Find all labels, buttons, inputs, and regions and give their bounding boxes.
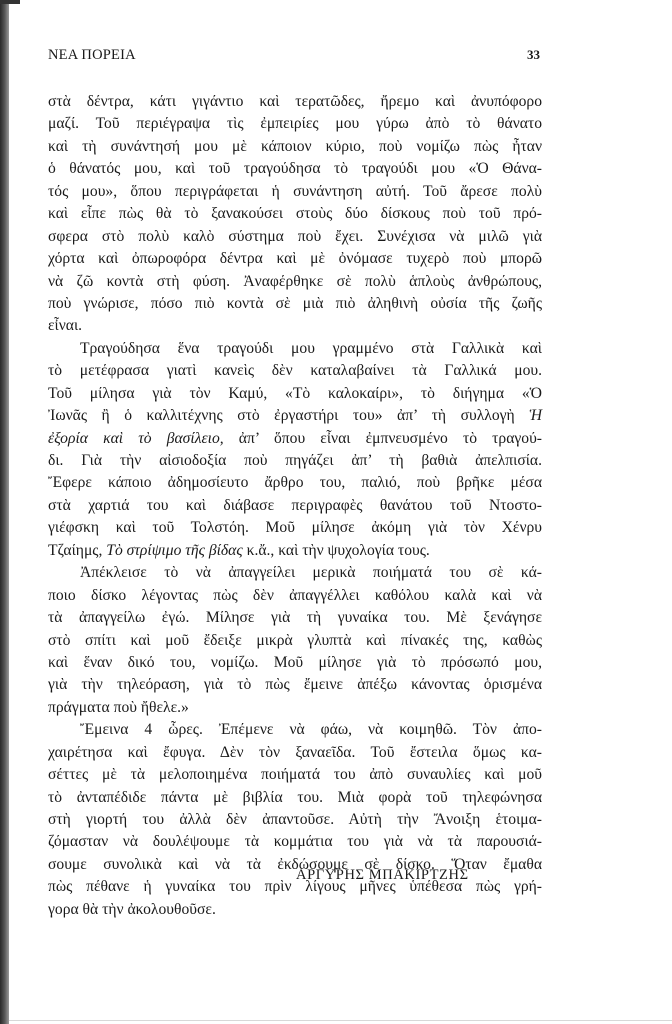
article-body: στὰ δέντρα, κάτι γιγάντιο καὶ τερατῶδες,… <box>48 91 542 921</box>
line-suffix: κ.ἄ., καὶ τὴν ψυχολογία τους. <box>243 542 430 559</box>
page-bottom-edge <box>9 1020 672 1021</box>
page-corner-edge <box>0 0 20 4</box>
text-line: γιέφσκη καὶ τοῦ Τολστόη. Μοῦ μίλησε ἀκόμ… <box>48 517 542 539</box>
text-line: τὸ μετέφρασα γιατὶ κανεὶς δὲν καταλαβαίν… <box>48 360 542 382</box>
text-line: ποιο δίσκο λέγοντας πὼς δὲν ἀπαγγέλλει κ… <box>48 585 542 607</box>
text-line: μαζί. Τοῦ περιέγραψα τὶς ἐμπειρίες μου γ… <box>48 113 542 135</box>
text-line: τός μου», ὅπου περιγράφεται ἡ συνάντηση … <box>48 181 542 203</box>
text-line: σέττες μὲ τὰ μελοποιημένα ποιήματά του ἀ… <box>48 764 542 786</box>
text-line: Τοῦ μίλησα γιὰ τὸν Καμύ, «Τὸ καλοκαίρι»,… <box>48 383 542 405</box>
line-prefix: Τζαίημς, <box>48 542 106 559</box>
text-line: στὰ δέντρα, κάτι γιγάντιο καὶ τερατῶδες,… <box>48 91 542 113</box>
text-line: καὶ τὴ συνάντησή μου μὲ κάποιον κύριο, π… <box>48 136 542 158</box>
paragraph-start-line: Ἀπέκλεισε τὸ νὰ ἀπαγγείλει μερικὰ ποιήμα… <box>48 562 542 584</box>
text-line: στὴ γιορτή του ἀλλὰ δὲν ἀπαντοῦσε. Αὐτὴ … <box>48 809 542 831</box>
paragraph-start-line: Ἔμεινα 4 ὧρες. Ἐπέμενε νὰ φάω, νὰ κοιμηθ… <box>48 719 542 741</box>
journal-title: ΝΕΑ ΠΟΡΕΙΑ <box>48 47 136 64</box>
text-line: Ἔφερε κάποιο ἀδημοσίευτο ἄρθρο του, παλι… <box>48 472 542 494</box>
text-line: τὸ ἀνταπέδιδε πάντα μὲ βιβλία του. Μιὰ φ… <box>48 787 542 809</box>
text-line: χόρτα καὶ ὀπωροφόρα δέντρα καὶ μὲ ὀνόμασ… <box>48 248 542 270</box>
running-header: ΝΕΑ ΠΟΡΕΙΑ 33 <box>48 47 540 67</box>
text-line: Ἰωνᾶς ἢ ὁ καλλιτέχνης στὸ ἐργαστήρι του»… <box>48 405 542 427</box>
paragraph-end-line: εἶναι. <box>48 315 542 337</box>
paragraph-end-line: γορα θὰ τὴν ἀκολουθοῦσε. <box>48 899 542 921</box>
text-line: στὰ χαρτιά του καὶ διάβασε περιγραφὲς θα… <box>48 495 542 517</box>
text-line: ὁ θάνατός μου, καὶ τοῦ τραγούδησα τὸ τρα… <box>48 158 542 180</box>
text-line: χαιρέτησα καὶ ἔφυγα. Δὲν τὸν ξαναεῖδα. Τ… <box>48 742 542 764</box>
paragraph-start-line: Τραγούδησα ἕνα τραγούδι μου γραμμένο στὰ… <box>48 338 542 360</box>
author-signature: ΑΡΓΥΡΗΣ ΜΠΑΚΙΡΤΖΗΣ <box>296 867 469 884</box>
line-suffix: ἀπ’ ὅπου εἶναι ἐμπνευσμένο τὸ τραγού- <box>224 430 542 447</box>
text-line: γιὰ τὴν τηλεόραση, γιὰ τὸ πὼς ἔμεινε ἀπέ… <box>48 674 542 696</box>
text-line: ζόμασταν νὰ δουλέψουμε τὰ κομμάτια του γ… <box>48 831 542 853</box>
text-line: ἐξορία καὶ τὸ βασίλειο, ἀπ’ ὅπου εἶναι ἐ… <box>48 428 542 450</box>
text-line: ποὺ γνώρισε, πόσο πιὸ κοντὰ σὲ μιὰ πιὸ ἀ… <box>48 293 542 315</box>
paragraph-end-line: Τζαίημς, Τὸ στρίψιμο τῆς βίδας κ.ἄ., καὶ… <box>48 540 542 562</box>
book-spine-shadow <box>0 0 9 1024</box>
book-title-italic: ἐξορία καὶ τὸ βασίλειο, <box>48 430 224 447</box>
text-line: καὶ ἕναν δικό του, νομίζω. Μοῦ μίλησε γι… <box>48 652 542 674</box>
text-line: σφερα στὸ πολὺ καλὸ σύστημα ποὺ ἔχει. Συ… <box>48 226 542 248</box>
text-line: νὰ ζῶ κοντὰ στὴ φύση. Ἀναφέρθηκε σὲ πολὺ… <box>48 271 542 293</box>
book-title-italic: Τὸ στρίψιμο τῆς βίδας <box>106 542 242 559</box>
text-line: στὸ σπίτι καὶ μοῦ ἔδειξε μικρὰ γλυπτὰ κα… <box>48 630 542 652</box>
book-title-italic: Ἡ <box>529 407 542 424</box>
text-line: δι. Γιὰ τὴν αἰσιοδοξία ποὺ πηγάζει ἀπ’ τ… <box>48 450 542 472</box>
paragraph-end-line: πράγματα ποὺ ἤθελε.» <box>48 697 542 719</box>
page-number: 33 <box>527 47 540 63</box>
text-line: καὶ εἶπε πὼς θὰ τὸ ξανακούσει στοὺς δύο … <box>48 203 542 225</box>
text-line: τὰ ἀπαγγείλω ἐγώ. Μίλησε γιὰ τὴ γυναίκα … <box>48 607 542 629</box>
line-prefix: Ἰωνᾶς ἢ ὁ καλλιτέχνης στὸ ἐργαστήρι του»… <box>48 407 529 424</box>
